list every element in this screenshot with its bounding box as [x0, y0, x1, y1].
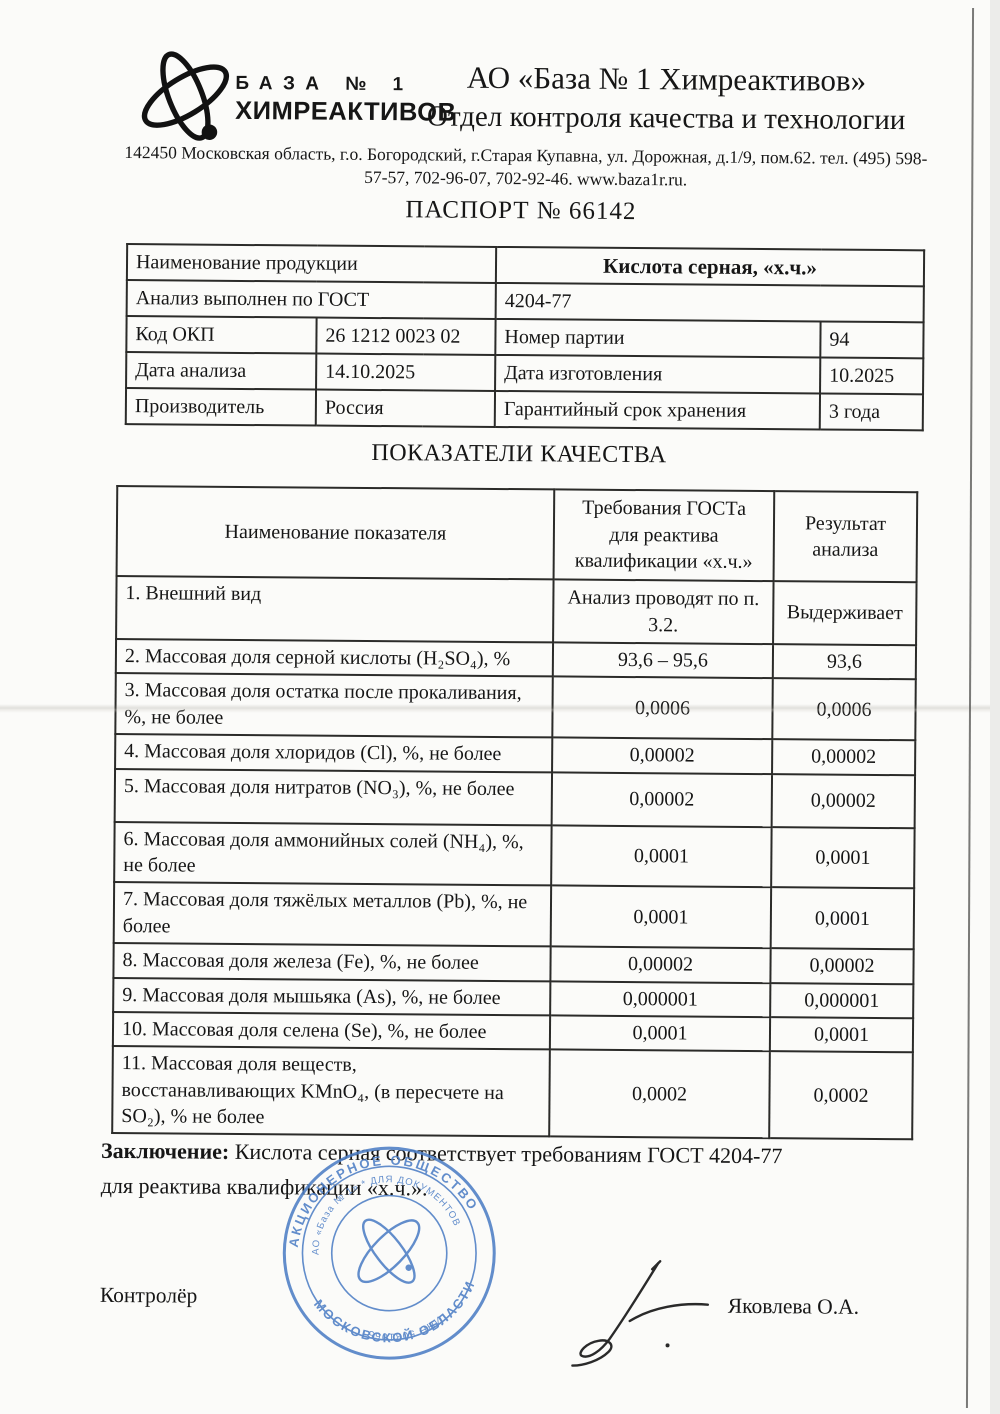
indicator-requirement: Анализ проводят по п. 3.2.	[553, 579, 773, 644]
indicator-name: 9. Массовая доля мышьяка (As), %, не бол…	[113, 977, 550, 1015]
table-row: Дата анализа 14.10.2025 Дата изготовлени…	[126, 352, 923, 394]
indicator-name: 8. Массовая доля железа (Fe), %, не боле…	[113, 943, 550, 981]
product-name-label: Наименование продукции	[127, 244, 496, 283]
analysis-date-value: 14.10.2025	[316, 354, 495, 391]
indicator-name: 4. Массовая доля хлоридов (Cl), %, не бо…	[115, 734, 552, 772]
mfg-date-label: Дата изготовления	[495, 355, 820, 394]
table-row: Анализ выполнен по ГОСТ 4204-77	[127, 280, 924, 322]
indicator-name: 11. Массовая доля веществ, восстанавлива…	[112, 1046, 550, 1137]
okp-label: Код ОКП	[126, 316, 316, 353]
indicator-requirement: 93,6 – 95,6	[553, 642, 773, 678]
table-row: 7. Массовая доля тяжёлых металлов (Pb), …	[114, 882, 914, 949]
controller-name: Яковлева О.А.	[728, 1294, 859, 1320]
indicator-requirement: 0,0002	[549, 1050, 770, 1139]
gost-label: Анализ выполнен по ГОСТ	[127, 280, 496, 319]
quality-header-row: Наименование показателя Требования ГОСТа…	[117, 486, 918, 582]
shelf-value: 3 года	[820, 394, 923, 431]
producer-value: Россия	[316, 390, 495, 427]
indicator-result: 93,6	[773, 644, 916, 680]
col-header-result: Результат анализа	[774, 491, 918, 582]
indicator-name: 10. Массовая доля селена (Se), %, не бол…	[113, 1012, 550, 1050]
indicator-requirement: 0,0001	[551, 886, 771, 949]
stamp-atom-icon	[350, 1212, 428, 1291]
indicator-requirement: 0,0001	[550, 1015, 770, 1051]
table-row: 11. Массовая доля веществ, восстанавлива…	[112, 1046, 913, 1139]
indicator-name: 7. Массовая доля тяжёлых металлов (Pb), …	[114, 882, 551, 946]
round-stamp: АКЦИОНЕРНОЕ ОБЩЕСТВО МОСКОВСКОЙ ОБЛАСТИ …	[258, 1122, 520, 1384]
indicator-result: 0,00002	[772, 739, 915, 775]
signature-mark	[539, 1252, 725, 1368]
table-row: Код ОКП 26 1212 0023 02 Номер партии 94	[126, 316, 923, 358]
org-name: АО «База № 1 Химреактивов»	[402, 59, 930, 99]
indicator-name: 1. Внешний вид	[116, 576, 553, 642]
product-name-value: Кислота серная, «х.ч.»	[496, 247, 924, 286]
indicator-requirement: 0,00002	[552, 738, 772, 774]
org-address: 142450 Московская область, г.о. Богородс…	[122, 141, 930, 193]
passport-title: ПАСПОРТ № 66142	[118, 194, 923, 228]
producer-label: Производитель	[126, 388, 316, 425]
indicator-requirement: 0,00002	[550, 947, 770, 983]
batch-value: 94	[820, 322, 923, 359]
conclusion-line2: для реактива квалификации «х.ч.».	[101, 1168, 891, 1209]
indicator-result: 0,0001	[770, 1017, 913, 1053]
indicator-result: Выдерживает	[773, 581, 916, 645]
col-header-name: Наименование показателя	[117, 486, 555, 579]
indicator-result: 0,0001	[771, 887, 914, 949]
indicator-result: 0,000001	[770, 983, 913, 1019]
mfg-date-value: 10.2025	[820, 358, 923, 395]
okp-value: 26 1212 0023 02	[316, 318, 495, 355]
table-row: 1. Внешний вид Анализ проводят по п. 3.2…	[116, 576, 916, 645]
indicator-result: 0,0002	[769, 1051, 913, 1139]
indicator-result: 0,00002	[770, 948, 913, 984]
analysis-date-label: Дата анализа	[126, 352, 316, 389]
indicator-result: 0,0001	[771, 827, 914, 889]
table-row: 5. Массовая доля нитратов (NO₃), %, не б…	[115, 769, 915, 828]
table-row: Производитель Россия Гарантийный срок хр…	[126, 388, 923, 430]
product-info-table: Наименование продукции Кислота серная, «…	[125, 243, 925, 431]
indicator-result: 0,00002	[772, 774, 915, 828]
table-row: 6. Массовая доля аммонийных солей (NH₄),…	[114, 822, 914, 889]
quality-section-title: ПОКАЗАТЕЛИ КАЧЕСТВА	[116, 438, 921, 471]
controller-role-label: Контролёр	[100, 1283, 198, 1309]
gost-value: 4204-77	[496, 283, 924, 322]
fold-crease	[0, 704, 1000, 713]
quality-table: Наименование показателя Требования ГОСТа…	[111, 485, 918, 1141]
department-name: Отдел контроля качества и технологии	[402, 100, 930, 137]
conclusion-label: Заключение:	[101, 1138, 229, 1164]
indicator-name: 2. Массовая доля серной кислоты (H₂SO₄),…	[116, 639, 553, 677]
indicator-requirement: 0,0001	[551, 825, 771, 888]
atom-nucleus-dot	[202, 124, 218, 140]
batch-label: Номер партии	[495, 319, 820, 358]
shelf-label: Гарантийный срок хранения	[495, 391, 820, 430]
indicator-requirement: 0,000001	[550, 981, 770, 1017]
indicator-requirement: 0,00002	[552, 772, 772, 827]
header-text: АО «База № 1 Химреактивов» Отдел контрол…	[402, 59, 931, 137]
indicator-name: 5. Массовая доля нитратов (NO₃), %, не б…	[115, 769, 552, 825]
table-row: Наименование продукции Кислота серная, «…	[127, 244, 924, 286]
col-header-requirement: Требования ГОСТа для реактива квалификац…	[554, 489, 775, 581]
atom-logo-icon	[134, 47, 243, 150]
indicator-name: 6. Массовая доля аммонийных солей (NH₄),…	[114, 822, 551, 886]
conclusion: Заключение: Кислота серная соответствует…	[101, 1133, 892, 1210]
scan-edge-band	[990, 0, 1000, 1414]
